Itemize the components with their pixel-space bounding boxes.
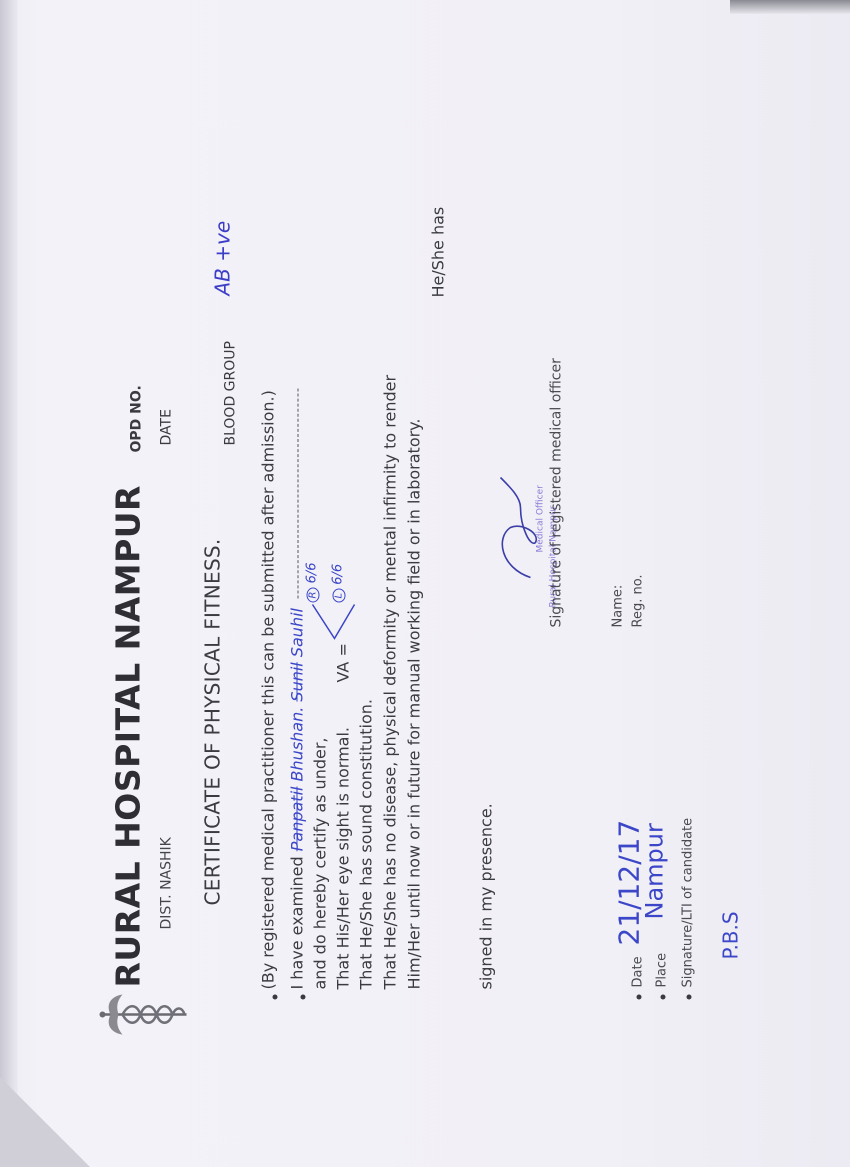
blood-group-value: AB +ve bbox=[210, 220, 234, 295]
blood-group-label: BLOOD GROUP bbox=[222, 341, 238, 445]
caduceus-icon bbox=[96, 993, 188, 1035]
va-right: R 6/6 bbox=[304, 562, 319, 602]
reg-no-label: Reg. no. bbox=[630, 574, 645, 627]
certificate-page: RURAL HOSPITAL NAMPUR DIST. NASHIK OPD N… bbox=[0, 0, 850, 1167]
district: DIST. NASHIK bbox=[158, 837, 174, 929]
eyesight-line: That His/Her eye sight is normal. bbox=[333, 726, 352, 989]
bullet bbox=[636, 994, 641, 999]
certificate-note: (By registered medical practitioner this… bbox=[258, 390, 277, 989]
candidate-name-struck: Panpatil bbox=[287, 786, 306, 851]
examined-line: I have examined Panpatil Bhushan. Sunil … bbox=[287, 388, 306, 989]
bullet bbox=[660, 994, 665, 999]
bullet bbox=[272, 994, 277, 999]
hospital-name: RURAL HOSPITAL NAMPUR bbox=[108, 485, 147, 987]
candidate-signature: P.B.S bbox=[718, 911, 742, 959]
constitution-line: That He/She has sound constitution. bbox=[356, 698, 375, 989]
candidate-name-struck-2: Sunil bbox=[287, 662, 306, 701]
he-she-has: He/She has bbox=[428, 206, 447, 297]
officer-signature-label: Signature of registered medical officer bbox=[548, 358, 564, 627]
candidate-name: Bhushan. bbox=[287, 706, 306, 781]
bullet bbox=[300, 994, 305, 999]
examined-prefix: I have examined bbox=[287, 856, 306, 989]
name-label: Name: bbox=[610, 584, 625, 627]
opd-no-label: OPD NO. bbox=[128, 385, 144, 452]
name-dotted-line bbox=[297, 388, 298, 598]
stamp-line-1: Medical Officer bbox=[535, 485, 545, 552]
va-label: VA = bbox=[333, 643, 352, 682]
certify-line: and do hereby certify as under, bbox=[310, 737, 329, 989]
place-label: Place bbox=[654, 952, 669, 987]
place-value: Nampur bbox=[640, 823, 668, 919]
disease-line: That He/She has no disease, physical def… bbox=[380, 374, 399, 989]
candidate-name-2: Sauhil bbox=[287, 608, 306, 657]
va-left: L 6/6 bbox=[330, 563, 345, 602]
date-label: DATE bbox=[158, 409, 174, 445]
signed-presence: signed in my presence. bbox=[476, 803, 495, 989]
future-line: Him/Her until now or in future for manua… bbox=[404, 418, 423, 989]
va-bracket-icon bbox=[308, 602, 358, 642]
bullet bbox=[686, 994, 691, 999]
date-label-footer: Date bbox=[630, 956, 645, 987]
certificate-title: CERTIFICATE OF PHYSICAL FITNESS. bbox=[200, 538, 224, 905]
candidate-signature-label: Signature/LTI of candidate bbox=[680, 817, 695, 987]
